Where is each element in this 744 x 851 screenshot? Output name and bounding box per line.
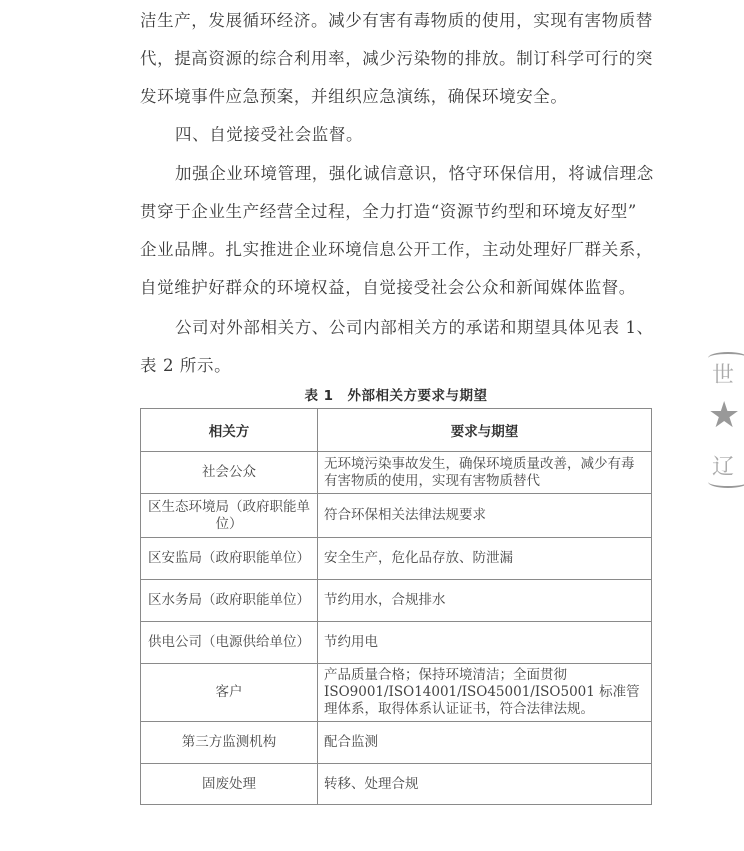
company-seal-stamp: 世 ★ 辽: [700, 350, 744, 490]
column-header-party: 相关方: [141, 409, 318, 452]
party-cell: 固废处理: [141, 764, 318, 805]
party-cell: 供电公司（电源供给单位）: [141, 622, 318, 664]
seal-glyph-top: 世: [712, 358, 734, 389]
table-caption: 表 1 外部相关方要求与期望: [140, 384, 652, 404]
requirement-cell: 符合环保相关法律法规要求: [318, 494, 652, 538]
requirement-cell: 产品质量合格；保持环境清洁；全面贯彻ISO9001/ISO14001/ISO45…: [318, 664, 652, 722]
text-line: 洁生产，发展循环经济。减少有害有毒物质的使用，实现有害物质替: [140, 2, 660, 40]
paragraph-pollution-prevention: 洁生产，发展循环经济。减少有害有毒物质的使用，实现有害物质替 代，提高资源的综合…: [140, 2, 660, 116]
table-row: 区水务局（政府职能单位） 节约用水，合规排水: [141, 580, 652, 622]
text-line: 企业品牌。扎实推进企业环境信息公开工作，主动处理好厂群关系，: [140, 231, 660, 269]
table-row: 客户 产品质量合格；保持环境清洁；全面贯彻ISO9001/ISO14001/IS…: [141, 664, 652, 722]
requirement-cell: 安全生产，危化品存放、防泄漏: [318, 538, 652, 580]
party-cell: 区安监局（政府职能单位）: [141, 538, 318, 580]
text-line: 发环境事件应急预案，并组织应急演练，确保环境安全。: [140, 78, 660, 116]
requirement-cell: 无环境污染事故发生，确保环境质量改善，减少有毒有害物质的使用，实现有害物质替代: [318, 452, 652, 494]
table-header-row: 相关方 要求与期望: [141, 409, 652, 452]
text-line: 表 2 所示。: [140, 347, 660, 385]
text-line: 加强企业环境管理，强化诚信意识，恪守环保信用，将诚信理念: [140, 155, 660, 193]
party-cell: 第三方监测机构: [141, 722, 318, 764]
text-line: 公司对外部相关方、公司内部相关方的承诺和期望具体见表 1、: [140, 309, 660, 347]
column-header-requirements: 要求与期望: [318, 409, 652, 452]
paragraph-table-reference: 公司对外部相关方、公司内部相关方的承诺和期望具体见表 1、 表 2 所示。: [140, 309, 660, 385]
party-cell: 区水务局（政府职能单位）: [141, 580, 318, 622]
table-row: 固废处理 转移、处理合规: [141, 764, 652, 805]
table-row: 供电公司（电源供给单位） 节约用电: [141, 622, 652, 664]
paragraph-environment-management: 加强企业环境管理，强化诚信意识，恪守环保信用，将诚信理念 贯穿于企业生产经营全过…: [140, 155, 660, 307]
section-heading-social-supervision: 四、自觉接受社会监督。: [140, 116, 660, 154]
table-row: 区生态环境局（政府职能单位） 符合环保相关法律法规要求: [141, 494, 652, 538]
seal-arc-bottom: [708, 476, 744, 488]
requirement-cell: 节约用水，合规排水: [318, 580, 652, 622]
party-cell: 社会公众: [141, 452, 318, 494]
text-line: 代，提高资源的综合利用率，减少污染物的排放。制订科学可行的突: [140, 40, 660, 78]
requirement-cell: 转移、处理合规: [318, 764, 652, 805]
requirement-cell: 配合监测: [318, 722, 652, 764]
party-cell: 区生态环境局（政府职能单位）: [141, 494, 318, 538]
text-line: 贯穿于企业生产经营全过程，全力打造“资源节约型和环境友好型”: [140, 193, 660, 231]
table-row: 区安监局（政府职能单位） 安全生产，危化品存放、防泄漏: [141, 538, 652, 580]
star-icon: ★: [708, 398, 740, 434]
table-row: 社会公众 无环境污染事故发生，确保环境质量改善，减少有毒有害物质的使用，实现有害…: [141, 452, 652, 494]
table-row: 第三方监测机构 配合监测: [141, 722, 652, 764]
requirement-cell: 节约用电: [318, 622, 652, 664]
stakeholder-requirements-table: 相关方 要求与期望 社会公众 无环境污染事故发生，确保环境质量改善，减少有毒有害…: [140, 408, 652, 805]
party-cell: 客户: [141, 664, 318, 722]
text-line: 自觉维护好群众的环境权益，自觉接受社会公众和新闻媒体监督。: [140, 269, 660, 307]
